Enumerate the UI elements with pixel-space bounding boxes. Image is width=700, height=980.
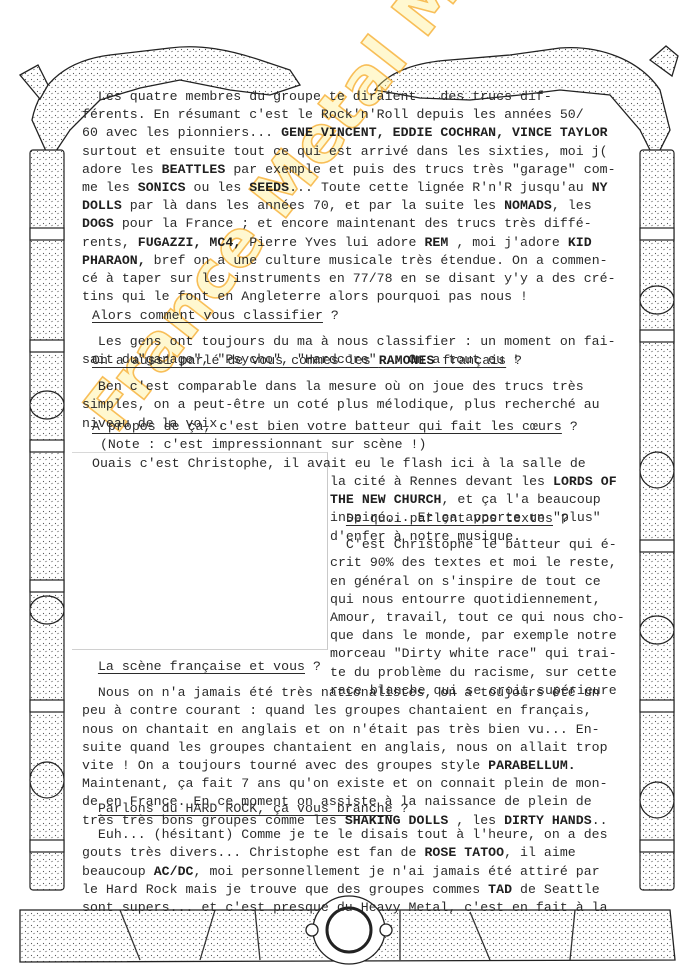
batteur-answer-first-line: Ouais c'est Christophe, il avait eu le f… bbox=[92, 455, 586, 473]
interview-question: A propos de ça, c'est bien votre batteur… bbox=[92, 418, 578, 436]
magazine-page: France Metal Museum Les quatre membres d… bbox=[0, 0, 700, 980]
text-line: rents, FUGAZZI, MC4, Pierre Yves lui ado… bbox=[82, 234, 616, 252]
text-line: surtout et ensuite tout ce qui est arriv… bbox=[82, 143, 616, 161]
text-line: beaucoup AC/DC, moi personnellement je n… bbox=[82, 863, 608, 881]
text-line: Ouais c'est Christophe, il avait eu le f… bbox=[92, 455, 586, 473]
text-line: PHARAON, bref on a une culture musicale … bbox=[82, 252, 616, 270]
text-line: THE NEW CHURCH, et ça l'a beaucoup bbox=[330, 491, 617, 509]
text-line: qui nous entourre quotidiennement, bbox=[330, 591, 625, 609]
text-line: gouts très divers... Christophe est fan … bbox=[82, 844, 608, 862]
text-line: (Note : c'est impressionnant sur scène !… bbox=[92, 436, 578, 454]
text-line: DOLLS par là dans les années 70, et par … bbox=[82, 197, 616, 215]
text-line: cé à taper sur les instruments en 77/78 … bbox=[82, 270, 616, 288]
interview-question: Alors comment vous classifier ? bbox=[92, 307, 616, 325]
text-line: Nous on n'a jamais été très nationaliste… bbox=[82, 684, 608, 702]
text-line: vite ! On a toujours tourné avec des gro… bbox=[82, 757, 608, 775]
text-line: la cité à Rennes devant les LORDS OF bbox=[330, 473, 617, 491]
text-line: Maintenant, ça fait 7 ans qu'on existe e… bbox=[82, 775, 608, 793]
text-line: me les SONICS ou les SEEDS... Toute cett… bbox=[82, 179, 616, 197]
text-line: Euh... (hésitant) Comme je te le disais … bbox=[82, 826, 608, 844]
text-line: DOGS pour la France ; et encore maintena… bbox=[82, 215, 616, 233]
intro-paragraph: Les quatre membres du groupe te diraient… bbox=[82, 88, 616, 306]
text-line: Ben c'est comparable dans la mesure où o… bbox=[82, 378, 600, 396]
text-line: 60 avec les pionniers... GENE VINCENT, E… bbox=[82, 124, 616, 142]
text-line: nous on chantait en anglais et on n'étai… bbox=[82, 721, 608, 739]
text-line: Amour, travail, tout ce qui nous cho- bbox=[330, 609, 625, 627]
text-line: crit 90% des textes et moi le reste, bbox=[330, 554, 625, 572]
interview-question: La scène française et vous ? bbox=[82, 658, 608, 676]
left-pillar-icon bbox=[30, 150, 64, 890]
section-hard-rock: Parlons du HARD ROCK, ça vous branche ? … bbox=[82, 800, 608, 917]
text-line: peu à contre courant : quand les groupes… bbox=[82, 702, 608, 720]
photo-placeholder bbox=[72, 452, 328, 650]
text-line: férents. En résumant c'est le Rock'n'Rol… bbox=[82, 106, 616, 124]
interview-question: On a aussi parlé de vous commes les RAMO… bbox=[92, 352, 600, 370]
text-line: que dans le monde, par exemple notre bbox=[330, 627, 625, 645]
text-line: simples, on a peut-être un coté plus mél… bbox=[82, 396, 600, 414]
text-line: C'est Christophe le batteur qui é- bbox=[330, 536, 625, 554]
text-line: sont supers... et c'est presque du Heavy… bbox=[82, 899, 608, 917]
text-line: en général on s'inspire de tout ce bbox=[330, 573, 625, 591]
text-line: Les gens ont toujours du ma à nous class… bbox=[82, 333, 616, 351]
interview-question: De quoi parlent vos textes ? bbox=[330, 510, 625, 528]
text-line: tins qui le font en Angleterre alors pou… bbox=[82, 288, 616, 306]
interview-question: Parlons du HARD ROCK, ça vous branche ? bbox=[82, 800, 608, 818]
text-line: adore les BEATTLES par exemple et puis d… bbox=[82, 161, 616, 179]
section-batteur: A propos de ça, c'est bien votre batteur… bbox=[92, 418, 578, 454]
text-line: le Hard Rock mais je trouve que des grou… bbox=[82, 881, 608, 899]
right-pillar-icon bbox=[640, 150, 674, 890]
text-line: suite quand les groupes chantaient en an… bbox=[82, 739, 608, 757]
text-line: Les quatre membres du groupe te diraient… bbox=[82, 88, 616, 106]
